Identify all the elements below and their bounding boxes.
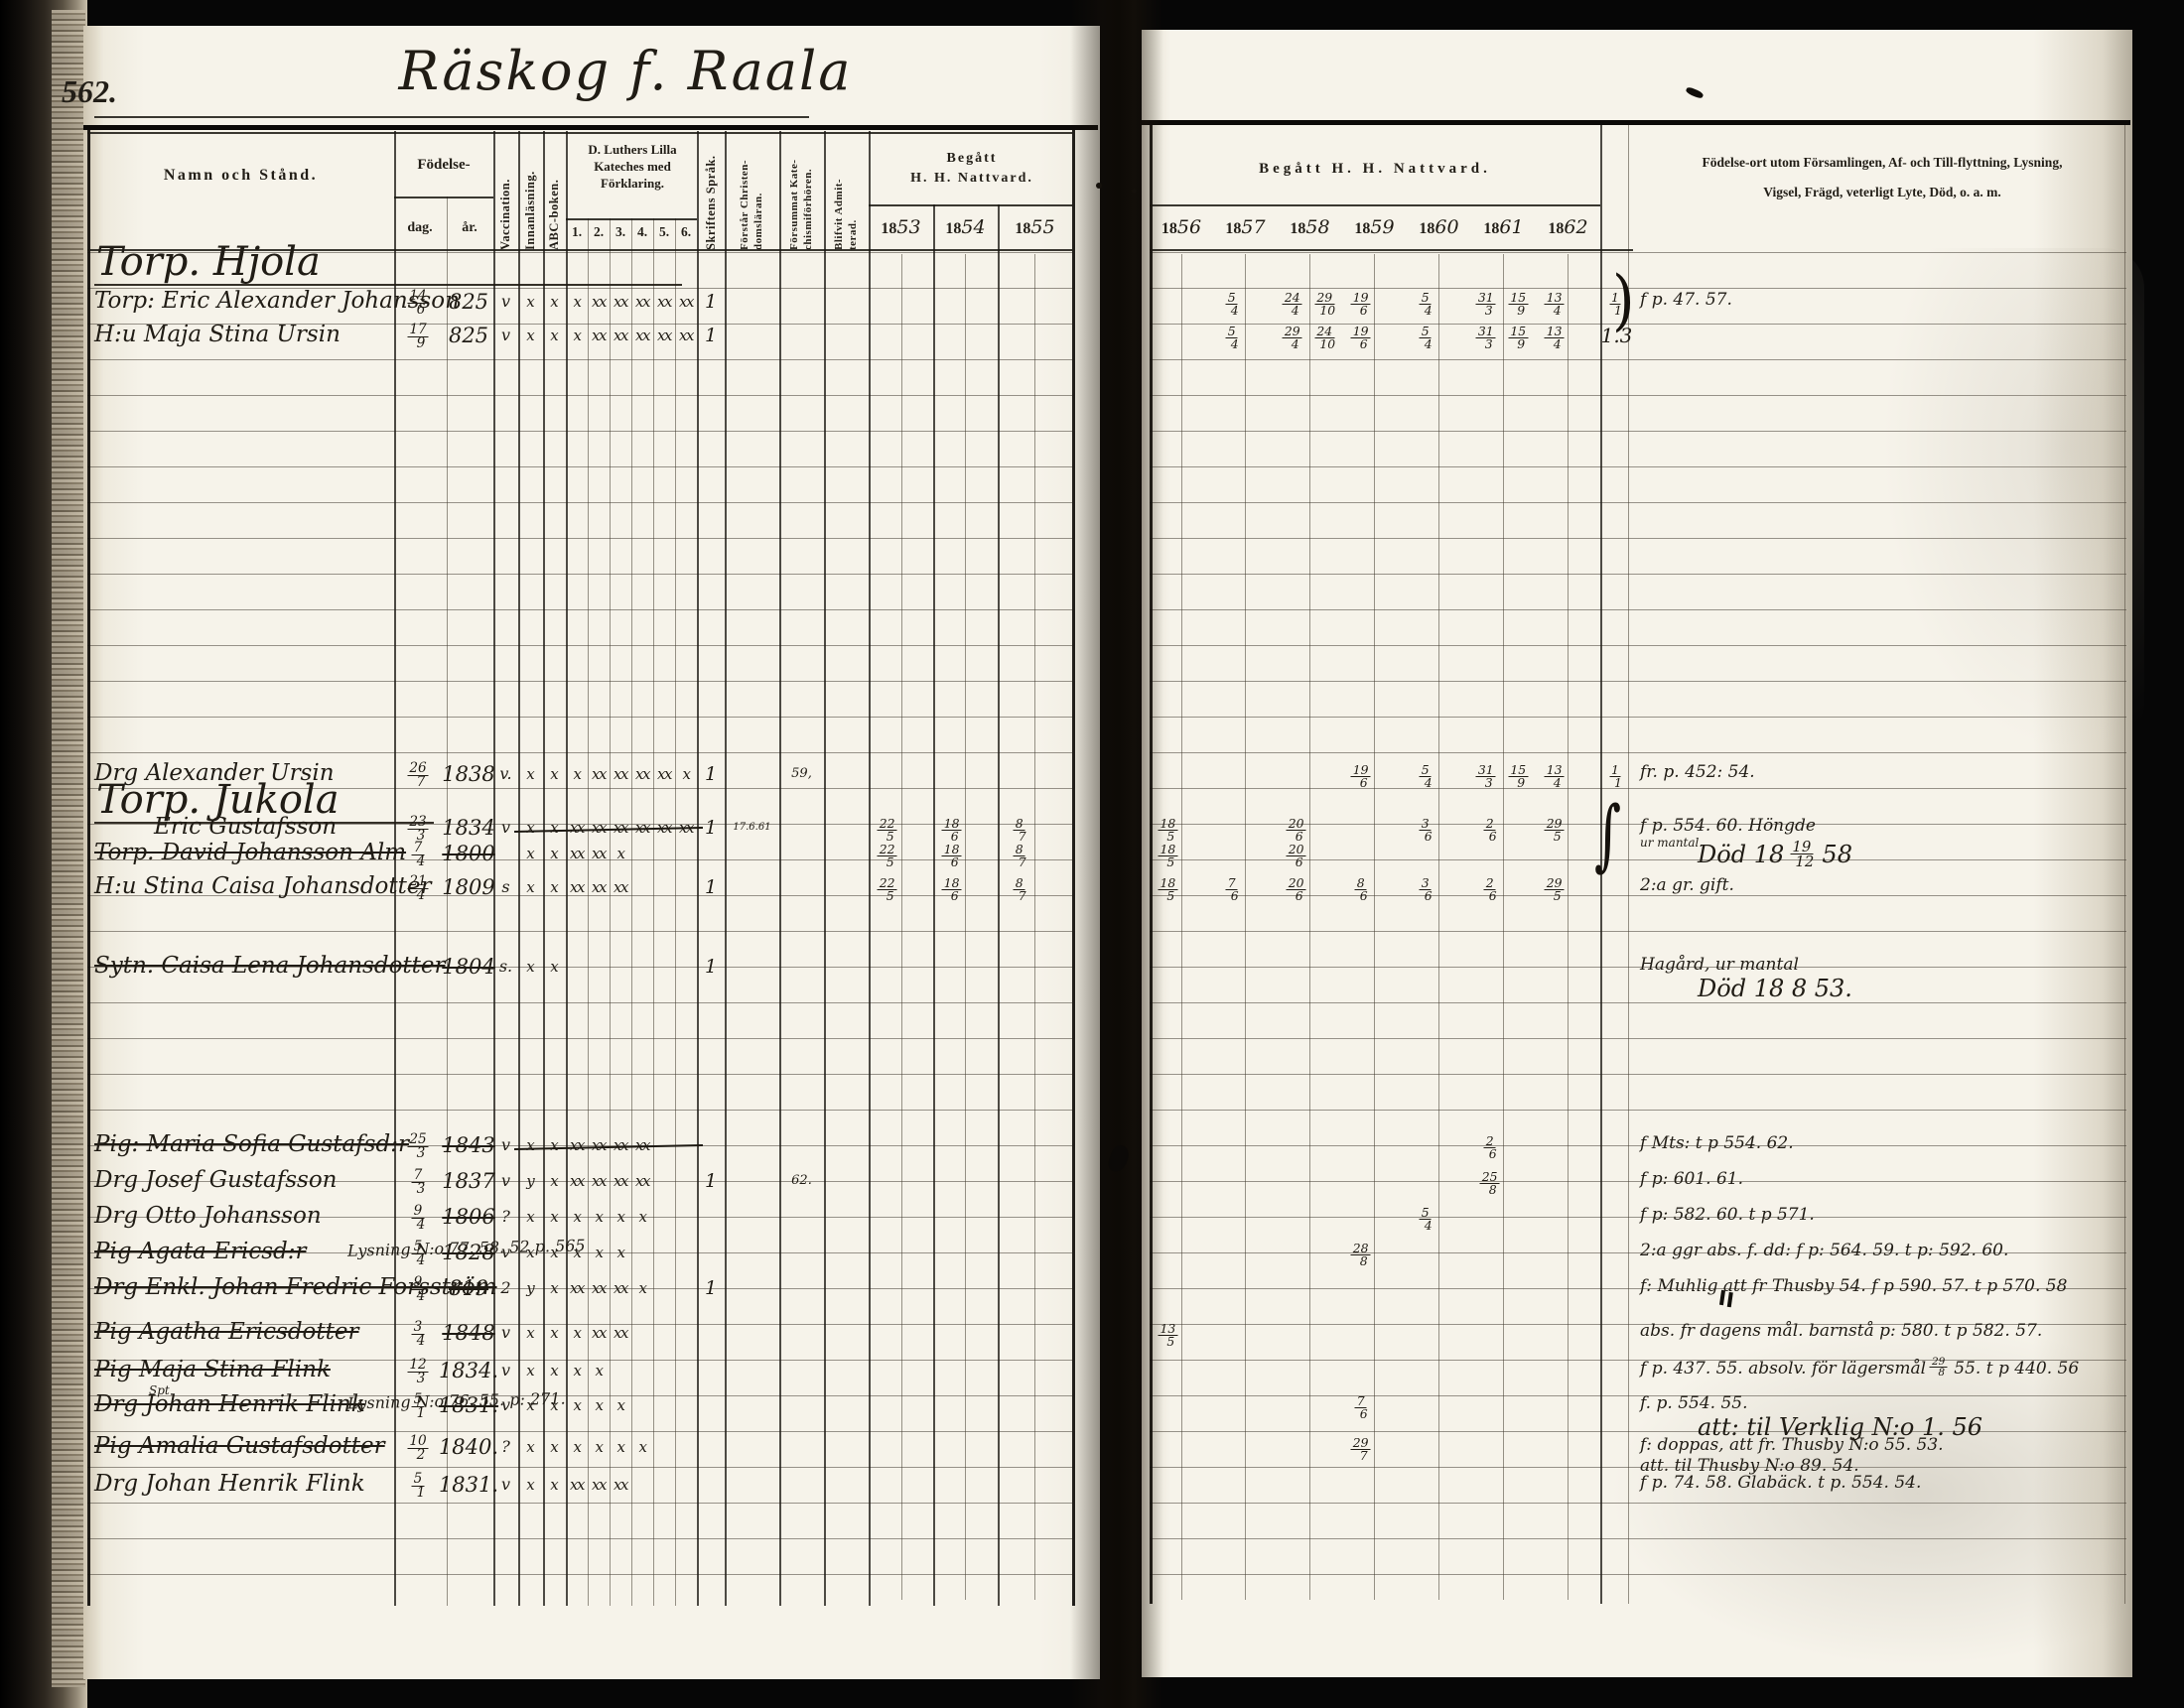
- page-title-handwritten: Räskog f. Raala: [397, 40, 854, 102]
- hand-text: p:: [1652, 1169, 1674, 1189]
- grid-hline: [1150, 204, 1600, 206]
- catechism-mark: x: [610, 837, 631, 870]
- hand-text: p:: [1808, 1241, 1830, 1260]
- hand-text: Höngde: [1748, 816, 1816, 836]
- hand-text: ggr: [1672, 1241, 1706, 1260]
- catechism-mark: xx: [631, 757, 653, 791]
- date-fraction: 94: [413, 1205, 426, 1232]
- communion-date-1858: 2442910: [1278, 285, 1342, 319]
- hand-text: 55.: [1720, 1393, 1747, 1413]
- date-fraction: 73: [413, 1169, 426, 1196]
- catechism-mark: xx: [588, 837, 610, 870]
- date-fraction: 196: [1352, 326, 1372, 350]
- hand-text: p.: [1663, 762, 1685, 782]
- hand-text: f.: [1640, 1393, 1657, 1413]
- abc-mark: x: [543, 757, 566, 791]
- reading-mark: y: [518, 1271, 543, 1305]
- hand-text: mantal: [1739, 955, 1799, 975]
- header-catechism-col: 6.: [675, 224, 697, 240]
- vaccination-mark: v: [493, 1164, 518, 1198]
- reading-mark: y: [518, 1164, 543, 1198]
- hand-text: t: [1818, 1473, 1830, 1493]
- hand-text: 580.: [1901, 1321, 1944, 1341]
- communion-date-1858: 206: [1278, 837, 1317, 870]
- header-vertical-label: terad.: [847, 133, 859, 250]
- reading-mark: x: [518, 757, 543, 791]
- birth-year-cell: 1809: [444, 870, 493, 904]
- remark-cell: Hagård, ur mantal Död 18 8 53.: [1640, 955, 2124, 1002]
- year-label-part: 62: [1564, 216, 1587, 238]
- reading-mark: x: [518, 950, 543, 984]
- year-label-part: 18: [1161, 220, 1177, 237]
- remark-line: f p: 601. 61.: [1640, 1169, 2124, 1190]
- birth-year-cell: 1804: [444, 950, 493, 984]
- hand-text: 57.: [2015, 1321, 2042, 1341]
- header-vertical-label: Förstår Christen-: [739, 133, 751, 250]
- year-label-part: 56: [1177, 216, 1201, 238]
- remark-cell: abs. fr dagens mål. barnstå p: 580. t p …: [1640, 1321, 2124, 1342]
- remark-line: Hagård, ur mantal: [1640, 955, 2124, 976]
- date-fraction: 54: [1421, 1207, 1433, 1232]
- header-year-1862: 1862: [1536, 216, 1600, 238]
- hand-text: fr: [1752, 1276, 1772, 1296]
- catechism-mark: xx: [588, 1271, 610, 1305]
- remark-cell: fr. p. 452: 54.: [1640, 762, 2124, 783]
- hand-text: 564.: [1830, 1241, 1872, 1260]
- hand-text: 554.: [1678, 1393, 1720, 1413]
- hand-text: t: [1944, 1321, 1956, 1341]
- catechism-mark: x: [675, 757, 697, 791]
- register-row: H:u Maja Stina Ursin179825vxx1xxxxxxxxxx…: [0, 319, 2184, 352]
- birth-year-cell: 825: [444, 319, 493, 352]
- catechism-mark: xx: [566, 837, 588, 870]
- catechism-mark: x: [566, 319, 588, 352]
- year-label-part: 18: [1548, 220, 1564, 237]
- birth-year-cell: 1837: [444, 1164, 493, 1198]
- hand-text: t: [1975, 1276, 1986, 1296]
- header-vertical-forsummat: Försummat Kate-chismiförhören.: [779, 133, 823, 250]
- date-fraction: 76: [1227, 877, 1239, 902]
- catechism-mark: xx: [566, 1128, 588, 1162]
- date-fraction: 225: [879, 844, 898, 868]
- header-year-1861: 1861: [1471, 216, 1536, 238]
- birth-year-cell: 1834.: [444, 1354, 493, 1387]
- reading-mark: x: [518, 1200, 543, 1234]
- communion-date-1856: 135: [1150, 1316, 1189, 1350]
- birth-year-cell: 1806: [444, 1200, 493, 1234]
- abc-mark: x: [543, 319, 566, 352]
- catechism-mark: x: [610, 1200, 631, 1234]
- birth-year-cell: 1848: [444, 1316, 493, 1350]
- year-label-part: 58: [1305, 216, 1329, 238]
- hand-text: dagens: [1700, 1321, 1766, 1341]
- hand-text: doppas,: [1657, 1435, 1729, 1455]
- hand-text: gift.: [1700, 875, 1734, 895]
- scripture-mark: 1: [697, 285, 725, 319]
- hand-text: 592.: [1939, 1241, 1981, 1260]
- hand-text: dd:: [1763, 1241, 1796, 1260]
- scripture-mark: 1: [697, 319, 725, 352]
- date-fraction: 206: [1288, 877, 1307, 902]
- header-communion-left-title: BegåttH. H. Nattvard.: [872, 149, 1072, 189]
- grid-hline: [83, 125, 1098, 130]
- header-catechism-title: D. Luthers LillaKateches medFörklaring.: [568, 141, 697, 192]
- hand-text: fr: [1681, 1321, 1701, 1341]
- catechism-mark: xx: [588, 1128, 610, 1162]
- header-year-1857: 1857: [1213, 216, 1278, 238]
- communion-date-1855: 87: [998, 870, 1044, 904]
- birth-day-cell: 267: [395, 757, 444, 791]
- hand-text: 74.: [1673, 1473, 1705, 1493]
- person-name: Pig Agata Ericsd:r: [94, 1235, 306, 1268]
- hand-text: f: [1640, 1169, 1652, 1189]
- abc-mark: x: [543, 1430, 566, 1464]
- header-name-column: Namn och Stånd.: [87, 167, 394, 185]
- hand-text: för: [1812, 1359, 1842, 1379]
- catechism-mark: xx: [610, 1271, 631, 1305]
- hand-text: 57.: [1943, 1276, 1975, 1296]
- catechism-mark: xx: [610, 1164, 631, 1198]
- note-over-columns: Lysning N:o 76. 55. p: 271.: [347, 1382, 566, 1421]
- catechism-mark: x: [631, 1271, 653, 1305]
- birth-day-cell: 94: [395, 1200, 444, 1234]
- communion-date-1862: 134: [1536, 757, 1575, 791]
- catechism-mark: xx: [588, 1468, 610, 1502]
- catechism-mark: xx: [675, 285, 697, 319]
- date-fraction: 2910: [1316, 292, 1336, 317]
- date-fraction: 34: [413, 1321, 426, 1348]
- reading-mark: x: [518, 319, 543, 352]
- hand-text: f: [1640, 1205, 1652, 1225]
- catechism-mark: xx: [631, 319, 653, 352]
- hand-text: abs.: [1640, 1321, 1681, 1341]
- header-year-1854: 1854: [933, 216, 998, 238]
- header-year-1856: 1856: [1150, 216, 1213, 238]
- hand-text: 58: [2046, 1276, 2068, 1296]
- hand-text: p: [1761, 1205, 1777, 1225]
- date-fraction: 179: [409, 324, 430, 350]
- date-fraction: 214: [409, 875, 430, 902]
- hand-text: fr.: [1640, 762, 1663, 782]
- hand-text: 554.: [1851, 1473, 1894, 1493]
- remark-line: f Mts: t p 554. 62.: [1640, 1133, 2124, 1154]
- catechism-mark: xx: [653, 285, 675, 319]
- date-fraction: 87: [1015, 844, 1026, 868]
- birth-day-cell: 179: [395, 319, 444, 352]
- hand-text: Död: [1698, 975, 1754, 1002]
- birth-day-cell: 102: [395, 1430, 444, 1464]
- reading-mark: x: [518, 837, 543, 870]
- hand-text: 2:a: [1640, 1241, 1672, 1260]
- hand-text: Thusby: [1772, 1276, 1840, 1296]
- catechism-mark: x: [566, 285, 588, 319]
- date-fraction: 54: [1227, 292, 1239, 317]
- hand-text: 582.: [1674, 1205, 1716, 1225]
- year-label-part: 18: [1290, 220, 1305, 237]
- catechism-mark: x: [566, 757, 588, 791]
- catechism-mark: x: [566, 1316, 588, 1350]
- hand-text: f:: [1640, 1435, 1657, 1455]
- hand-text: p: [1707, 1133, 1723, 1153]
- hand-text: ur: [1715, 955, 1739, 975]
- gutter-dot-1: [1096, 183, 1102, 189]
- hand-text: 55.: [1884, 1435, 1916, 1455]
- date-fraction: 267: [409, 762, 430, 789]
- date-fraction: 159: [1510, 764, 1530, 789]
- year-label-part: 57: [1241, 216, 1265, 238]
- vaccination-mark: v.: [493, 757, 518, 791]
- date-fraction: 297: [1352, 1437, 1372, 1462]
- header-vertical-label: chismiförhören.: [802, 133, 814, 250]
- person-name: Drg Alexander Ursin: [94, 756, 335, 790]
- header-year-1853: 1853: [869, 216, 933, 238]
- hand-text: f.: [1747, 1241, 1764, 1260]
- year-label-part: 60: [1434, 216, 1458, 238]
- hand-text: p.: [1652, 816, 1674, 836]
- hand-text: f: [1796, 1241, 1808, 1260]
- date-fraction: 135: [1160, 1323, 1179, 1348]
- date-fraction: 26: [1485, 1135, 1497, 1160]
- header-year-1858: 1858: [1278, 216, 1342, 238]
- catechism-mark: x: [631, 1200, 653, 1234]
- communion-date-1861: 26: [1471, 1128, 1511, 1162]
- year-label-part: 55: [1030, 216, 1054, 238]
- header-vertical-label: Skriftens Språk.: [704, 133, 719, 250]
- remark-line: f. p. 554. 55.: [1640, 1393, 2124, 1414]
- hand-text: 60.: [1716, 1205, 1748, 1225]
- communion-date-1858: 206: [1278, 870, 1317, 904]
- person-name: H:u Stina Caisa Johansdotter: [94, 869, 432, 903]
- date-fraction: 94: [413, 1276, 426, 1303]
- hand-text: 60.: [1981, 1241, 2008, 1260]
- catechism-mark: x: [588, 1388, 610, 1422]
- person-name: Pig: Maria Sofia Gustafsd:r: [94, 1127, 409, 1161]
- hand-text: t: [1986, 1359, 1998, 1379]
- year-label-part: 18: [945, 220, 961, 237]
- header-birth-day: dag.: [396, 220, 444, 236]
- person-name: Torp. David Johansson Alm: [94, 836, 406, 869]
- reading-mark: x: [518, 1430, 543, 1464]
- hand-text: fr.: [1758, 1435, 1781, 1455]
- date-fraction: 298: [1931, 1357, 1948, 1378]
- communion-date-1853: 225: [869, 837, 908, 870]
- communion-date-1860: 54: [1407, 319, 1446, 352]
- hand-text: f: [1640, 816, 1652, 836]
- brace-rows-1-2: ): [1612, 261, 1635, 338]
- communion-date-1859: 288: [1342, 1236, 1382, 1269]
- catechism-mark: x: [610, 1430, 631, 1464]
- hand-text: Mts:: [1652, 1133, 1696, 1153]
- header-year-1860: 1860: [1407, 216, 1471, 238]
- abc-mark: x: [543, 1316, 566, 1350]
- birth-day-cell: 94: [395, 1271, 444, 1305]
- date-fraction: 26: [1485, 877, 1497, 902]
- header-year-1855: 1855: [998, 216, 1072, 238]
- birth-year-cell: 1840.: [444, 1430, 493, 1464]
- birth-day-cell: 214: [395, 870, 444, 904]
- missed-exam-note: 59,: [779, 757, 824, 791]
- abc-mark: x: [543, 1468, 566, 1502]
- remark-cell: f p. 437. 55. absolv. för lägersmål 298 …: [1640, 1359, 2124, 1380]
- year-label-part: 18: [1354, 220, 1370, 237]
- catechism-mark: xx: [631, 1164, 653, 1198]
- hand-text: p.: [1652, 1359, 1674, 1379]
- communion-date-1857: 54: [1213, 319, 1253, 352]
- vaccination-mark: ?: [493, 1430, 518, 1464]
- hand-text: absolv.: [1748, 1359, 1812, 1379]
- communion-title-line: Begått: [872, 149, 1072, 169]
- communion-date-1857: 54: [1213, 285, 1253, 319]
- date-fraction: 185: [1160, 844, 1179, 868]
- hand-text: Glabäck.: [1737, 1473, 1818, 1493]
- date-fraction: 51: [413, 1473, 426, 1500]
- hand-text: 18: [1754, 975, 1792, 1002]
- communion-date-1861: 258: [1471, 1164, 1511, 1198]
- communion-date-1858: 2942410: [1278, 319, 1342, 352]
- catechism-mark: x: [566, 1430, 588, 1464]
- catechism-mark: xx: [610, 285, 631, 319]
- date-fraction: 54: [1421, 326, 1433, 350]
- communion-date-1861: 313159: [1471, 285, 1536, 319]
- birth-day-cell: 34: [395, 1316, 444, 1350]
- remark-line: Död 18 8 53.: [1640, 976, 2124, 1002]
- hand-text: p: [1998, 1359, 2014, 1379]
- remark-cell: f p. 47. 57.: [1640, 290, 2124, 311]
- hand-text: 58: [1815, 841, 1852, 868]
- communion-date-1860: 54: [1407, 285, 1446, 319]
- hand-text: 18: [1754, 841, 1792, 868]
- hand-text: barnstå: [1809, 1321, 1879, 1341]
- hand-text: 2:a: [1640, 875, 1672, 895]
- scripture-mark: 1: [697, 1164, 725, 1198]
- date-fraction: 313: [1477, 764, 1497, 789]
- grid-hline: [1150, 249, 1633, 251]
- year-label-part: 53: [896, 216, 920, 238]
- catechism-mark: x: [631, 1430, 653, 1464]
- hand-text: 58.: [1706, 1473, 1737, 1493]
- communion-date-1854: 186: [933, 870, 973, 904]
- date-fraction: 288: [1352, 1243, 1372, 1267]
- hand-text: abs.: [1706, 1241, 1747, 1260]
- communion-date-1861: 26: [1471, 870, 1511, 904]
- date-fraction: 206: [1288, 844, 1307, 868]
- hand-text: 54.: [1894, 1473, 1921, 1493]
- catechism-mark: xx: [588, 319, 610, 352]
- header-remarks-line1: Födelse-ort utom Församlingen, Af- och T…: [1640, 155, 2124, 171]
- date-fraction: 159: [1510, 326, 1530, 350]
- year-label-part: 18: [1419, 220, 1434, 237]
- grid-hline: [87, 132, 1072, 134]
- date-fraction: 54: [1227, 326, 1239, 350]
- communion-date-1861: 313159: [1471, 757, 1536, 791]
- person-name: Pig Amalia Gustafsdotter: [94, 1429, 385, 1463]
- hand-text: f:: [1640, 1276, 1657, 1296]
- catechism-mark: xx: [588, 870, 610, 904]
- person-name: Drg Johan Henrik Flink: [94, 1387, 365, 1421]
- date-fraction: 225: [879, 877, 898, 902]
- gutter-dot-2: [1132, 189, 1137, 194]
- hand-text: t: [1905, 1241, 1917, 1260]
- abc-mark: x: [543, 285, 566, 319]
- catechism-mark: xx: [653, 319, 675, 352]
- note-over-columns: Lysning N:o 77. 58. 52 p. 565: [347, 1229, 586, 1267]
- communion-date-1856: 185: [1150, 870, 1189, 904]
- birth-year-cell: 1831.: [444, 1468, 493, 1502]
- date-fraction: 313: [1477, 292, 1497, 317]
- scripture-mark: 1: [697, 757, 725, 791]
- hand-text: 554.: [1723, 1133, 1766, 1153]
- communion-date-1857: 76: [1213, 870, 1253, 904]
- header-vertical-label: Försummat Kate-: [788, 133, 800, 250]
- abc-mark: x: [543, 950, 566, 984]
- remark-line: f p. 74. 58. Glabäck. t p. 554. 54.: [1640, 1473, 2124, 1494]
- communion-date-1859: 297: [1342, 1430, 1382, 1464]
- hand-text: t: [1696, 1133, 1707, 1153]
- remark-cell: f Mts: t p 554. 62.: [1640, 1133, 2124, 1154]
- catechism-mark: xx: [610, 1468, 631, 1502]
- date-fraction: 244: [1284, 292, 1303, 317]
- remark-line: f p. 47. 57.: [1640, 290, 2124, 311]
- reading-mark: x: [518, 1468, 543, 1502]
- date-fraction: 295: [1546, 877, 1566, 902]
- hand-text: Muhlig: [1657, 1276, 1722, 1296]
- reading-mark: x: [518, 870, 543, 904]
- reading-mark: x: [518, 285, 543, 319]
- catechism-mark: xx: [610, 319, 631, 352]
- communion-title-line: H. H. Nattvard.: [872, 169, 1072, 189]
- hand-text: 8: [1792, 975, 1815, 1002]
- catechism-mark: xx: [610, 1316, 631, 1350]
- communion-date-1859: 196: [1342, 285, 1382, 319]
- header-catechism-col: 4.: [631, 224, 653, 240]
- remark-line: f p: 582. 60. t p 571.: [1640, 1205, 2124, 1226]
- date-fraction: 186: [943, 844, 963, 868]
- communion-date-1859: 196: [1342, 319, 1382, 352]
- header-birth: Födelse-: [394, 157, 493, 174]
- hand-text: Död: [1698, 841, 1754, 868]
- header-remarks-line2: Vigsel, Frägd, veterligt Lyte, Död, o. a…: [1640, 185, 2124, 200]
- header-vertical-label: domsläran.: [752, 133, 764, 250]
- header-vertical-label: Blifvit Admit-: [833, 133, 845, 250]
- birth-day-cell: 123: [395, 1354, 444, 1387]
- hand-text: p:: [1917, 1241, 1939, 1260]
- hand-text: f: [1640, 1359, 1652, 1379]
- hand-text: gr.: [1672, 875, 1700, 895]
- catechism-mark: xx: [566, 870, 588, 904]
- header-catechism-col: 3.: [610, 224, 631, 240]
- communion-date-1859: 196: [1342, 757, 1382, 791]
- remark-line: f p. 554. 60. Höngde: [1640, 816, 2124, 837]
- catechism-title-line: Förklaring.: [568, 175, 697, 192]
- communion-date-extra: 11: [1600, 757, 1633, 791]
- scripture-mark: 1: [697, 870, 725, 904]
- person-name: Sytn. Caisa Lena Johansdotter: [94, 949, 446, 983]
- birth-day-cell: 73: [395, 1164, 444, 1198]
- hand-text: Thusby: [1782, 1435, 1849, 1455]
- catechism-mark: x: [566, 1388, 588, 1422]
- year-label-part: 18: [881, 220, 896, 237]
- hand-text: att: [1729, 1435, 1758, 1455]
- communion-date-1862: 134: [1536, 319, 1575, 352]
- hand-text: 53.: [1917, 1435, 1944, 1455]
- date-fraction: 134: [1546, 326, 1566, 350]
- hand-text: 53.: [1815, 975, 1852, 1002]
- remark-line: f p. 437. 55. absolv. för lägersmål 298 …: [1640, 1359, 2124, 1380]
- header-communion-right-title: Begått H. H. Nattvard.: [1150, 161, 1600, 178]
- reading-mark: x: [518, 1316, 543, 1350]
- hand-text: 590.: [1899, 1276, 1942, 1296]
- remark-line: abs. fr dagens mål. barnstå p: 580. t p …: [1640, 1321, 2124, 1342]
